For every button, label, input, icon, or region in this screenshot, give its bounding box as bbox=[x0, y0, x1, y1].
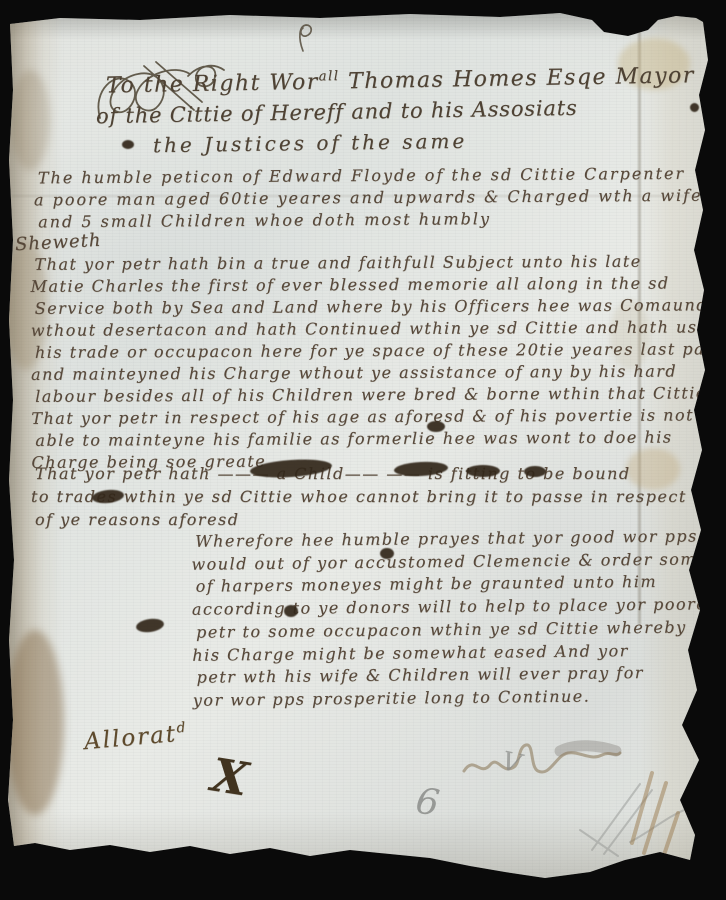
paper-sheet: To the Right Worall Thomas Homes Esqe Ma… bbox=[0, 0, 726, 900]
ink-blot bbox=[427, 421, 445, 432]
petition-heading-line-3: the Justices of the same bbox=[153, 129, 468, 157]
curl-mark bbox=[288, 20, 316, 54]
request-paragraph: That yor petr hath ——— a Child—— —— is f… bbox=[35, 462, 687, 531]
ink-blot bbox=[380, 548, 394, 559]
text-line: a poore man aged 60tie yeares and upward… bbox=[34, 185, 703, 212]
text-line: That yor petr hath ——— a Child—— —— is f… bbox=[35, 462, 687, 485]
binding-stain bbox=[10, 70, 50, 170]
text-line: to trades wthin ye sd Cittie whoe cannot… bbox=[31, 485, 687, 508]
ink-blot bbox=[122, 140, 134, 149]
scan-backdrop: To the Right Worall Thomas Homes Esqe Ma… bbox=[0, 0, 726, 900]
text-line: able to mainteyne his familie as formerl… bbox=[35, 426, 726, 452]
heading-text: To the Right Wor bbox=[106, 70, 319, 99]
ink-blot bbox=[690, 103, 699, 112]
ink-blot bbox=[524, 466, 546, 477]
text-line: and 5 small Children whoe doth most humb… bbox=[38, 207, 703, 234]
allowed-superscript: d bbox=[176, 720, 188, 737]
ink-blot bbox=[284, 605, 298, 617]
intro-paragraph: The humble peticon of Edward Floyde of t… bbox=[38, 163, 703, 234]
top-edge-shadow bbox=[0, 12, 726, 40]
body-paragraph: That yor petr hath bin a true and faithf… bbox=[34, 250, 726, 474]
binding-stain bbox=[6, 630, 64, 815]
heading-superscript: all bbox=[319, 69, 340, 84]
ink-blot bbox=[466, 465, 500, 477]
prayer-paragraph: Wherefore hee humble prayes that yor goo… bbox=[195, 525, 709, 712]
edge-streaks bbox=[618, 755, 702, 880]
